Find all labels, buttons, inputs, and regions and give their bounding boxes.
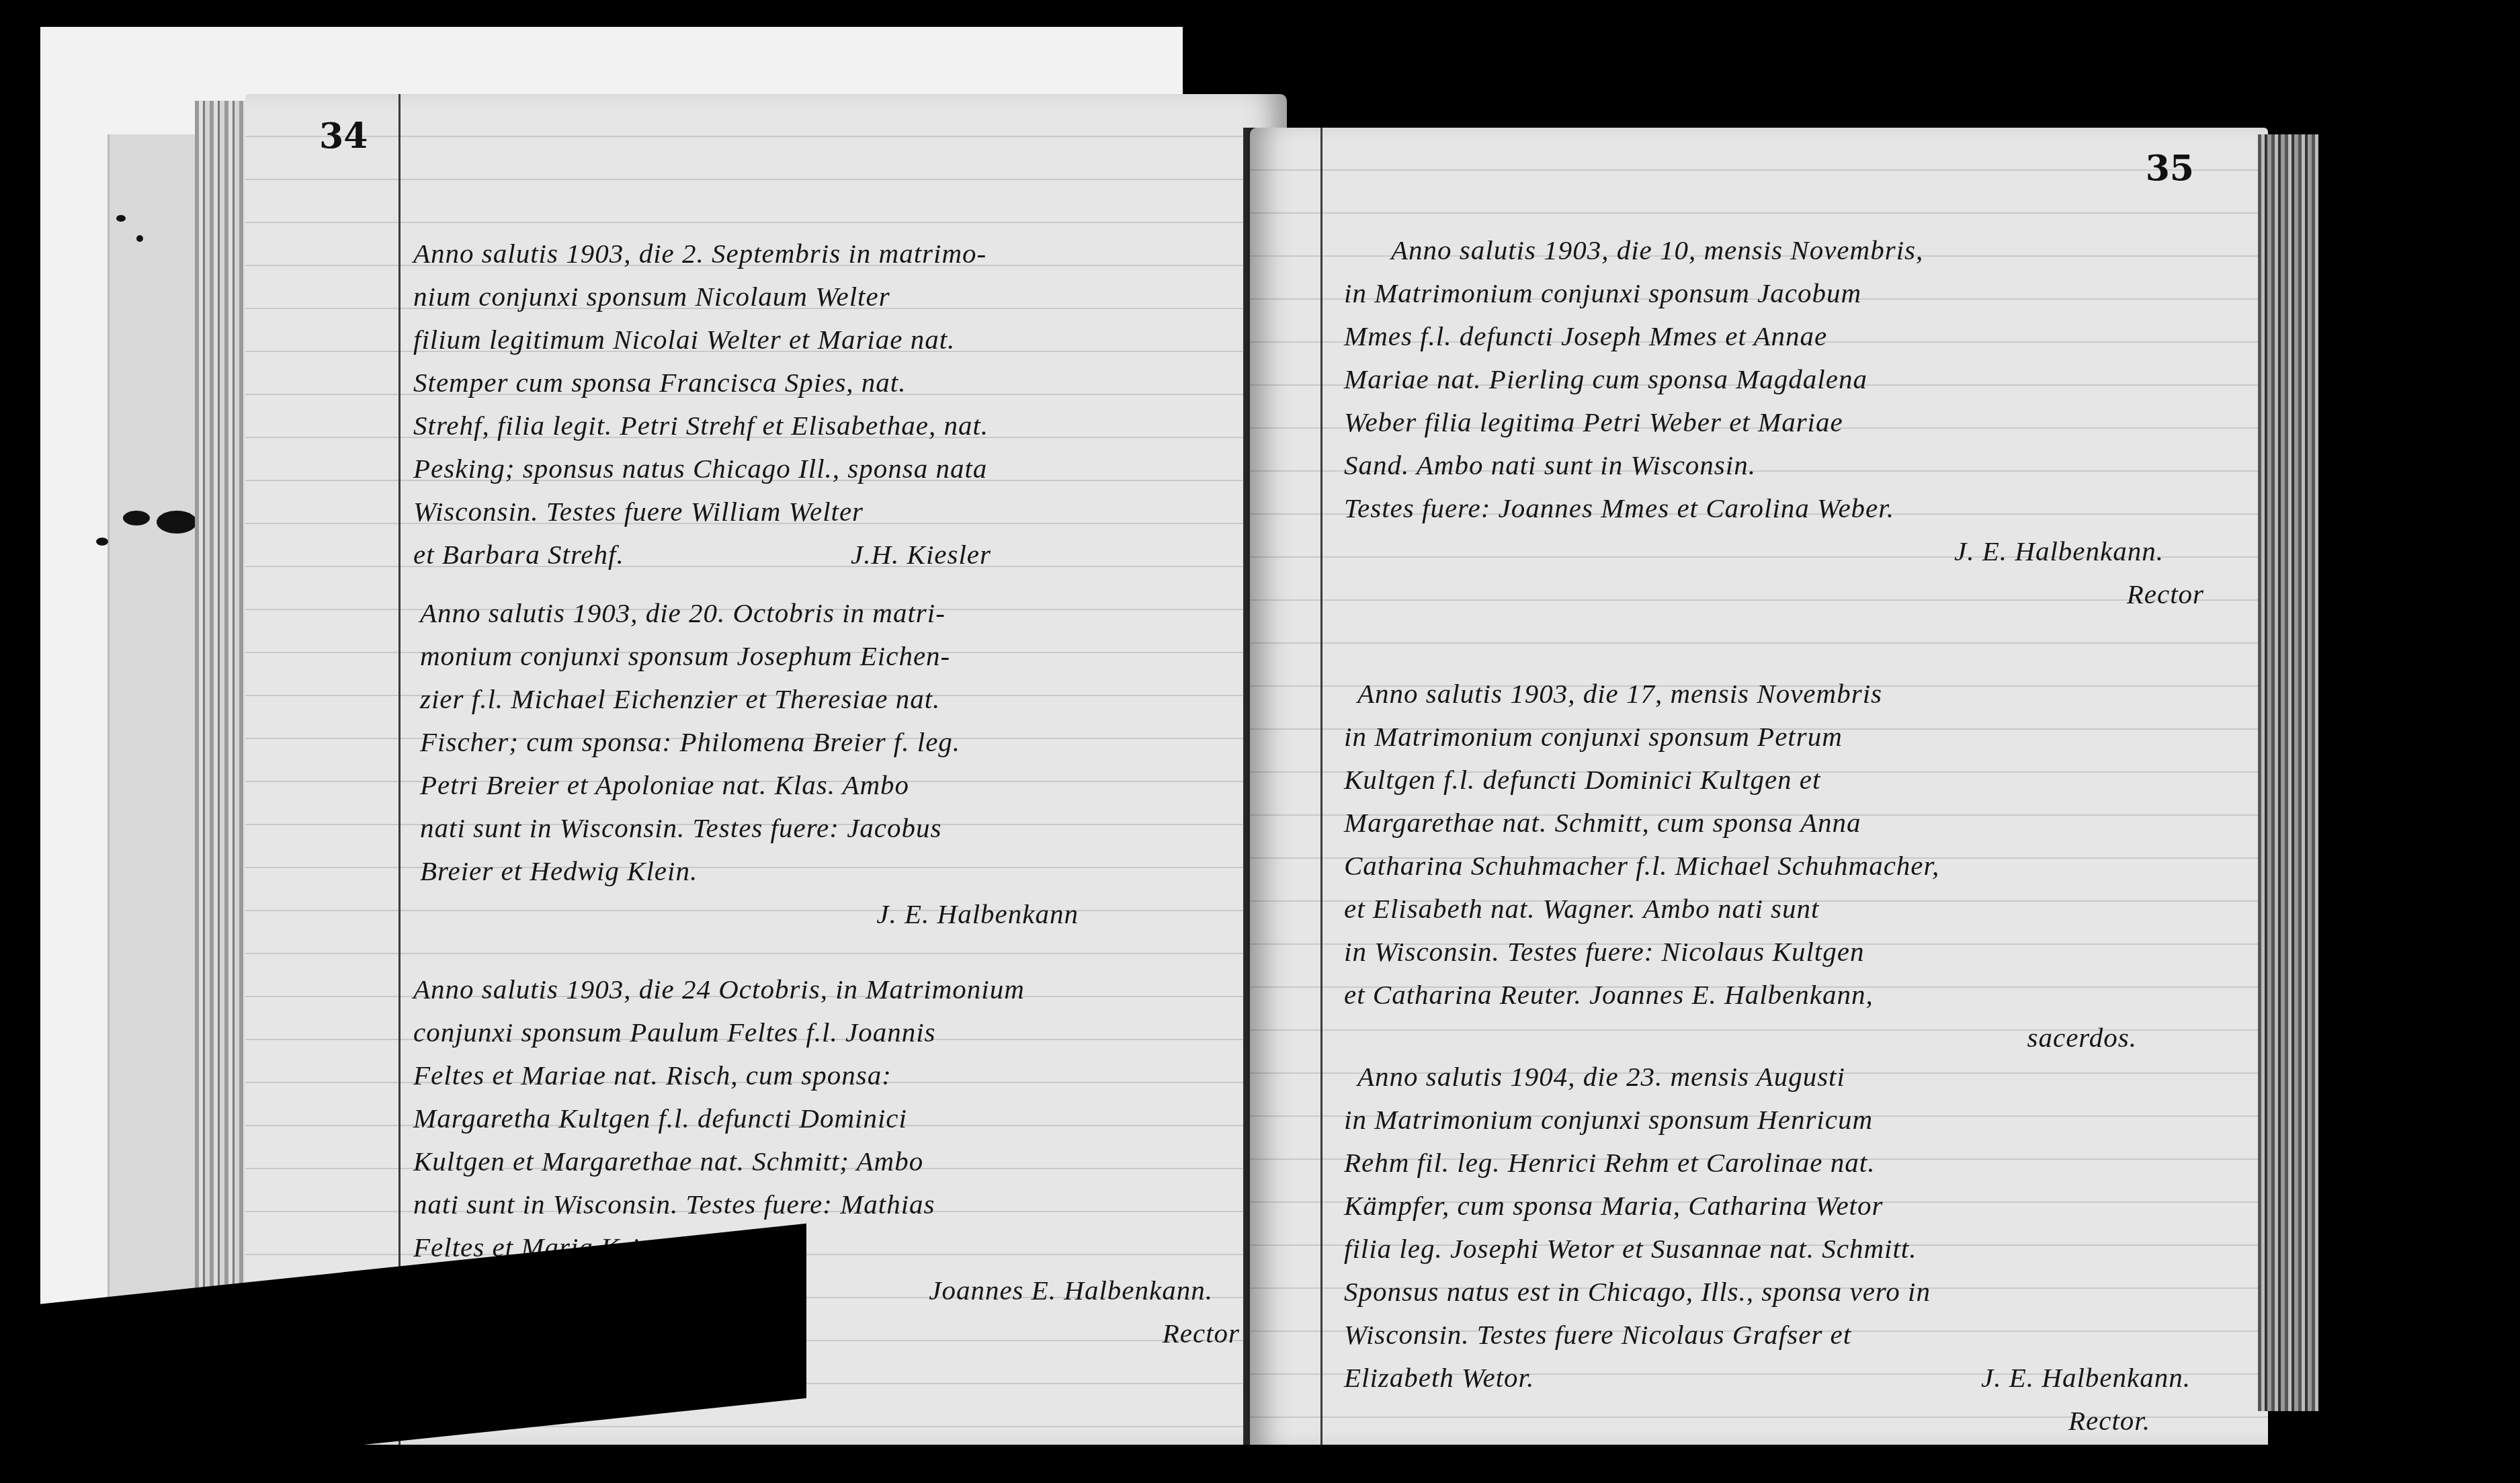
marriage-entry: Anno salutis 1904, die 23. mensis August…: [1344, 1055, 2244, 1442]
entry-line: Anno salutis 1903, die 24 Octobris, in M…: [413, 968, 1280, 1011]
entry-line: Weber filia legitima Petri Weber et Mari…: [1344, 400, 2244, 443]
officiant-title: Rector: [1344, 573, 2244, 616]
entry-line: Wisconsin. Testes fuere William Welter: [413, 490, 1273, 533]
officiant-title: Rector.: [1344, 1399, 2244, 1442]
entry-line: Anno salutis 1903, die 10, mensis Novemb…: [1344, 228, 2244, 271]
entry-line: in Matrimonium conjunxi sponsum Henricum: [1344, 1098, 2244, 1141]
entry-line: Mariae nat. Pierling cum sponsa Magdalen…: [1344, 357, 2244, 400]
entry-line: Petri Breier et Apoloniae nat. Klas. Amb…: [420, 763, 1280, 806]
entry-line: Pesking; sponsus natus Chicago Ill., spo…: [413, 447, 1273, 490]
page-number: 35: [2146, 148, 2194, 189]
entry-line: Anno salutis 1903, die 2. Septembris in …: [413, 232, 1273, 275]
entry-line: Breier et Hedwig Klein.: [420, 849, 1280, 892]
entry-line: zier f.l. Michael Eichenzier et Theresia…: [420, 677, 1280, 720]
entry-line: Sand. Ambo nati sunt in Wisconsin.: [1344, 443, 2244, 486]
right-page: 35 Anno salutis 1903, die 10, mensis Nov…: [1250, 128, 2268, 1445]
entry-line: Wisconsin. Testes fuere Nicolaus Grafser…: [1344, 1313, 2244, 1356]
entry-line: Feltes et Mariae nat. Risch, cum sponsa:: [413, 1054, 1280, 1097]
entry-line: Margaretha Kultgen f.l. defuncti Dominic…: [413, 1097, 1280, 1140]
entry-line: Rehm fil. leg. Henrici Rehm et Carolinae…: [1344, 1141, 2244, 1184]
entry-line: filium legitimum Nicolai Welter et Maria…: [413, 318, 1273, 361]
entry-line: Kultgen f.l. defuncti Dominici Kultgen e…: [1344, 758, 2244, 801]
entry-line: Stemper cum sponsa Francisca Spies, nat.: [413, 361, 1273, 404]
ink-stain: [116, 215, 126, 222]
entry-line: Anno salutis 1903, die 17, mensis Novemb…: [1344, 672, 2244, 715]
entry-line: et Elisabeth nat. Wagner. Ambo nati sunt: [1344, 887, 2244, 930]
entry-line: et Catharina Reuter. Joannes E. Halbenka…: [1344, 973, 2244, 1016]
entry-line: Catharina Schuhmacher f.l. Michael Schuh…: [1344, 844, 2244, 887]
entry-line: in Matrimonium conjunxi sponsum Petrum: [1344, 715, 2244, 758]
officiant-signature: J. E. Halbenkann: [420, 892, 1280, 935]
entry-line: Strehf, filia legit. Petri Strehf et Eli…: [413, 404, 1273, 447]
marriage-entry: Anno salutis 1903, die 20. Octobris in m…: [420, 591, 1280, 935]
entry-line: conjunxi sponsum Paulum Feltes f.l. Joan…: [413, 1011, 1280, 1054]
marriage-entry: Anno salutis 1903, die 17, mensis Novemb…: [1344, 672, 2244, 1059]
page-number: 34: [319, 116, 368, 157]
entry-line: Mmes f.l. defuncti Joseph Mmes et Annae: [1344, 314, 2244, 357]
open-register-book: 34 Anno salutis 1903, die 2. Septembris …: [195, 94, 2325, 1445]
entry-line: Anno salutis 1903, die 20. Octobris in m…: [420, 591, 1280, 634]
entry-line: Fischer; cum sponsa: Philomena Breier f.…: [420, 720, 1280, 763]
entry-line: filia leg. Josephi Wetor et Susannae nat…: [1344, 1227, 2244, 1270]
entry-line: in Matrimonium conjunxi sponsum Jacobum: [1344, 271, 2244, 314]
entry-line: Sponsus natus est in Chicago, Ills., spo…: [1344, 1270, 2244, 1313]
marriage-entry: Anno salutis 1903, die 10, mensis Novemb…: [1344, 228, 2244, 616]
entry-line: Anno salutis 1904, die 23. mensis August…: [1344, 1055, 2244, 1098]
entry-line: monium conjunxi sponsum Josephum Eichen-: [420, 634, 1280, 677]
entry-line: Kultgen et Margarethae nat. Schmitt; Amb…: [413, 1140, 1280, 1183]
entry-line: in Wisconsin. Testes fuere: Nicolaus Kul…: [1344, 930, 2244, 973]
margin-rule: [1320, 128, 1322, 1445]
entry-line: nati sunt in Wisconsin. Testes fuere: Ja…: [420, 806, 1280, 849]
right-page-stack-edges: [2258, 134, 2318, 1411]
marriage-entry: Anno salutis 1903, die 2. Septembris in …: [413, 232, 1273, 576]
entry-line: Testes fuere: Joannes Mmes et Carolina W…: [1344, 486, 2244, 529]
ink-stain: [123, 511, 150, 525]
entry-line: Kämpfer, cum sponsa Maria, Catharina Wet…: [1344, 1184, 2244, 1227]
officiant-signature: J. E. Halbenkann.: [1344, 529, 2244, 573]
ink-stain: [157, 511, 197, 534]
entry-line: nati sunt in Wisconsin. Testes fuere: Ma…: [413, 1183, 1280, 1226]
entry-line: Margarethae nat. Schmitt, cum sponsa Ann…: [1344, 801, 2244, 844]
entry-line: nium conjunxi sponsum Nicolaum Welter: [413, 275, 1273, 318]
officiant-title: sacerdos.: [1344, 1016, 2244, 1059]
ink-stain: [96, 538, 108, 546]
margin-rule: [398, 94, 401, 1445]
ink-stain: [136, 235, 143, 242]
